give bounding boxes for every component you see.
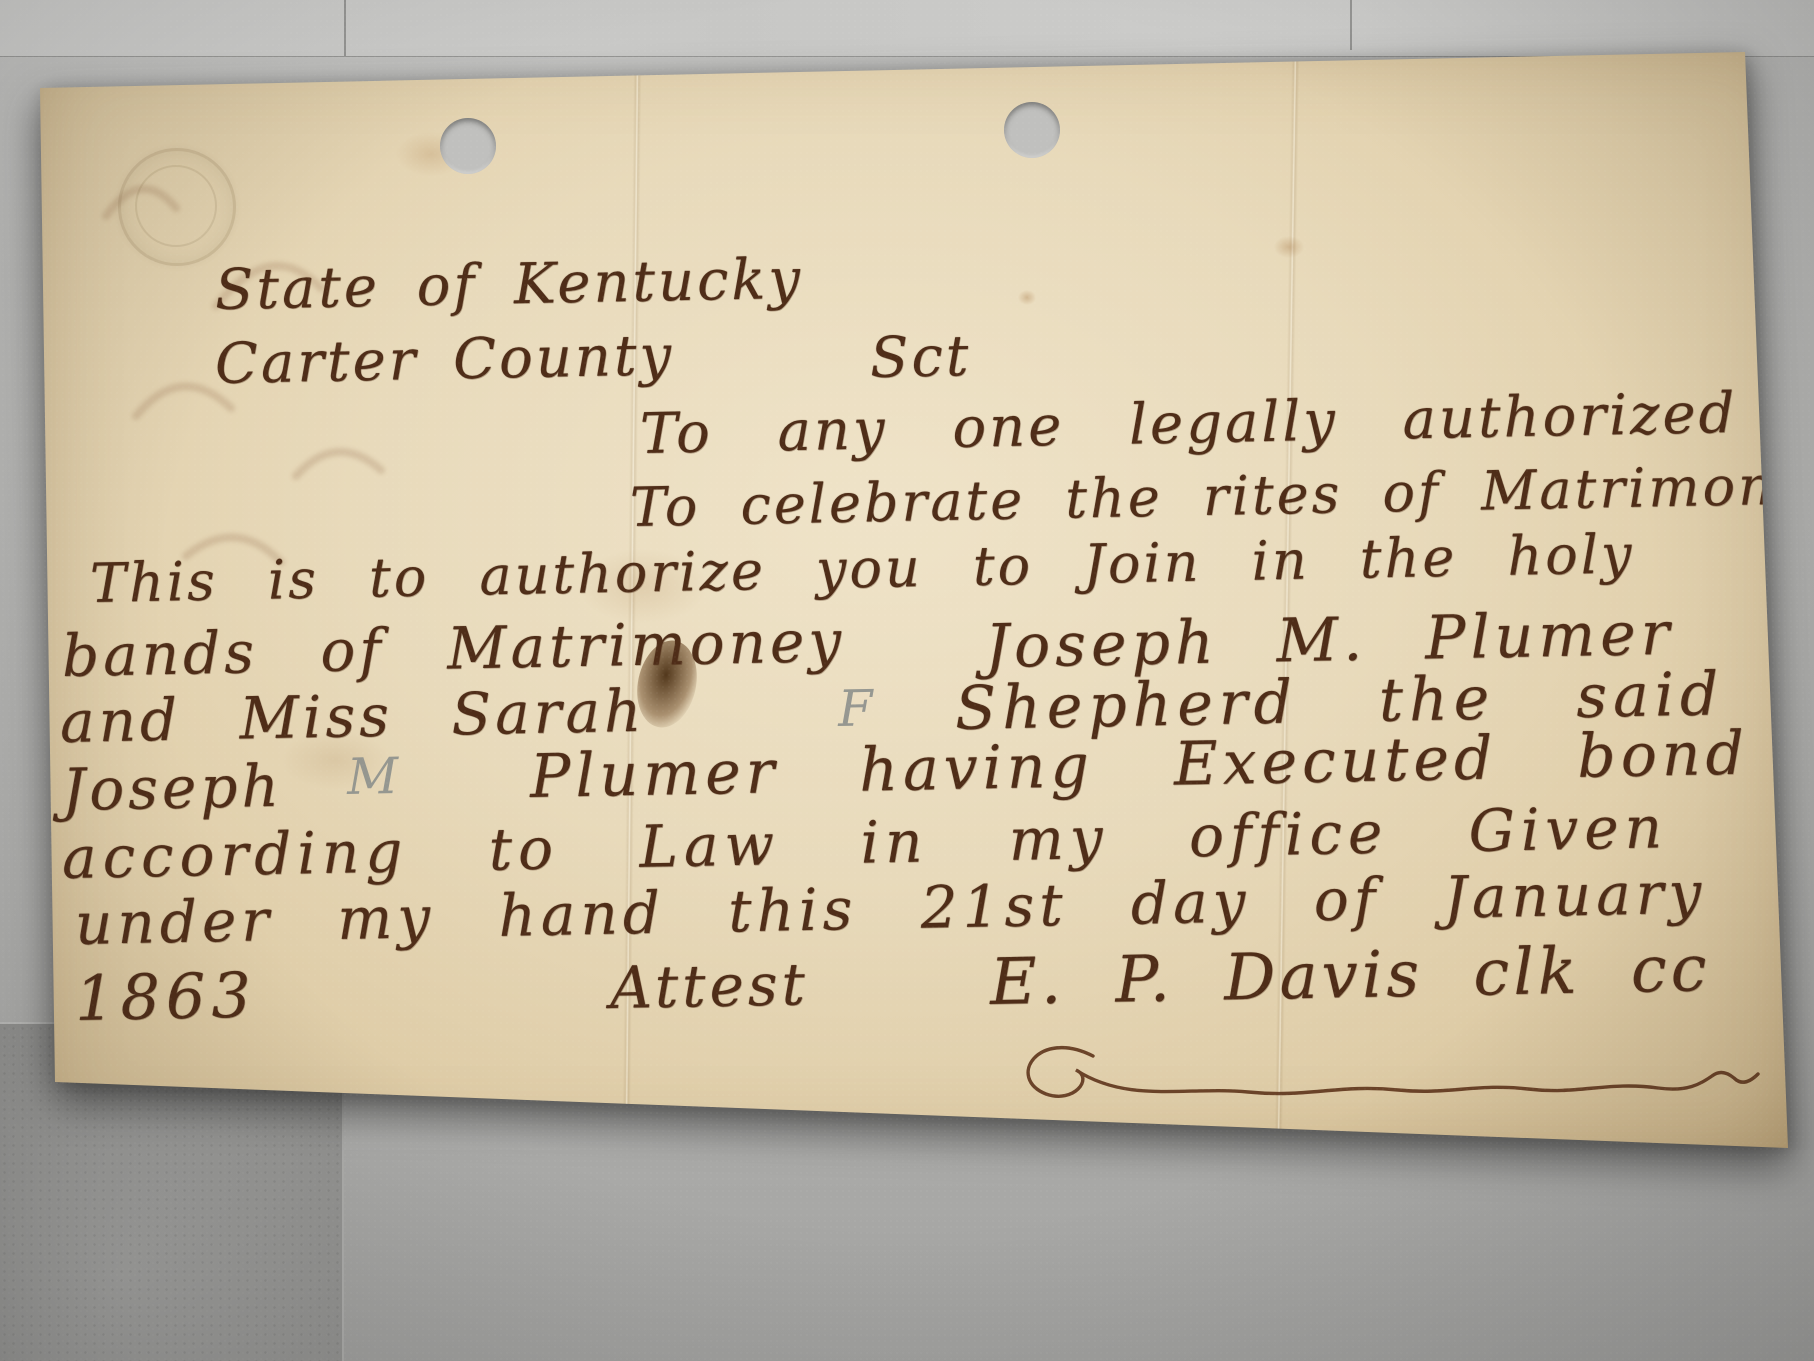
text-joseph: Joseph: [61, 752, 283, 824]
text-carter-county: Carter County: [214, 323, 674, 397]
pencil-initial-m: M: [346, 747, 398, 806]
signature-flourish: [998, 1026, 1768, 1136]
document-paper-wrap: State of Kentucky Carter County Sct To a…: [0, 0, 1814, 1361]
text-attest: Attest: [609, 950, 809, 1022]
text-body-line2: bands of Matrimoney: [61, 607, 845, 690]
text-signature-davis: E. P. Davis clk cc: [989, 932, 1711, 1020]
text-state-of-kentucky: State of Kentucky: [214, 247, 803, 323]
pencil-initial-f: F: [837, 679, 873, 738]
punch-hole-right: [1004, 102, 1060, 158]
text-salutation-line2: To celebrate the rites of Matrimoney: [629, 453, 1814, 539]
photo-background: State of Kentucky Carter County Sct To a…: [0, 0, 1814, 1361]
text-sct: Sct: [869, 324, 971, 391]
foxing-spot: [1018, 290, 1036, 305]
document-paper: State of Kentucky Carter County Sct To a…: [30, 40, 1800, 1160]
text-year-1863: 1863: [74, 959, 257, 1035]
foxing-spot: [1274, 236, 1304, 258]
punch-hole-left: [440, 118, 496, 174]
text-salutation-line1: To any one legally authorized: [639, 381, 1738, 467]
